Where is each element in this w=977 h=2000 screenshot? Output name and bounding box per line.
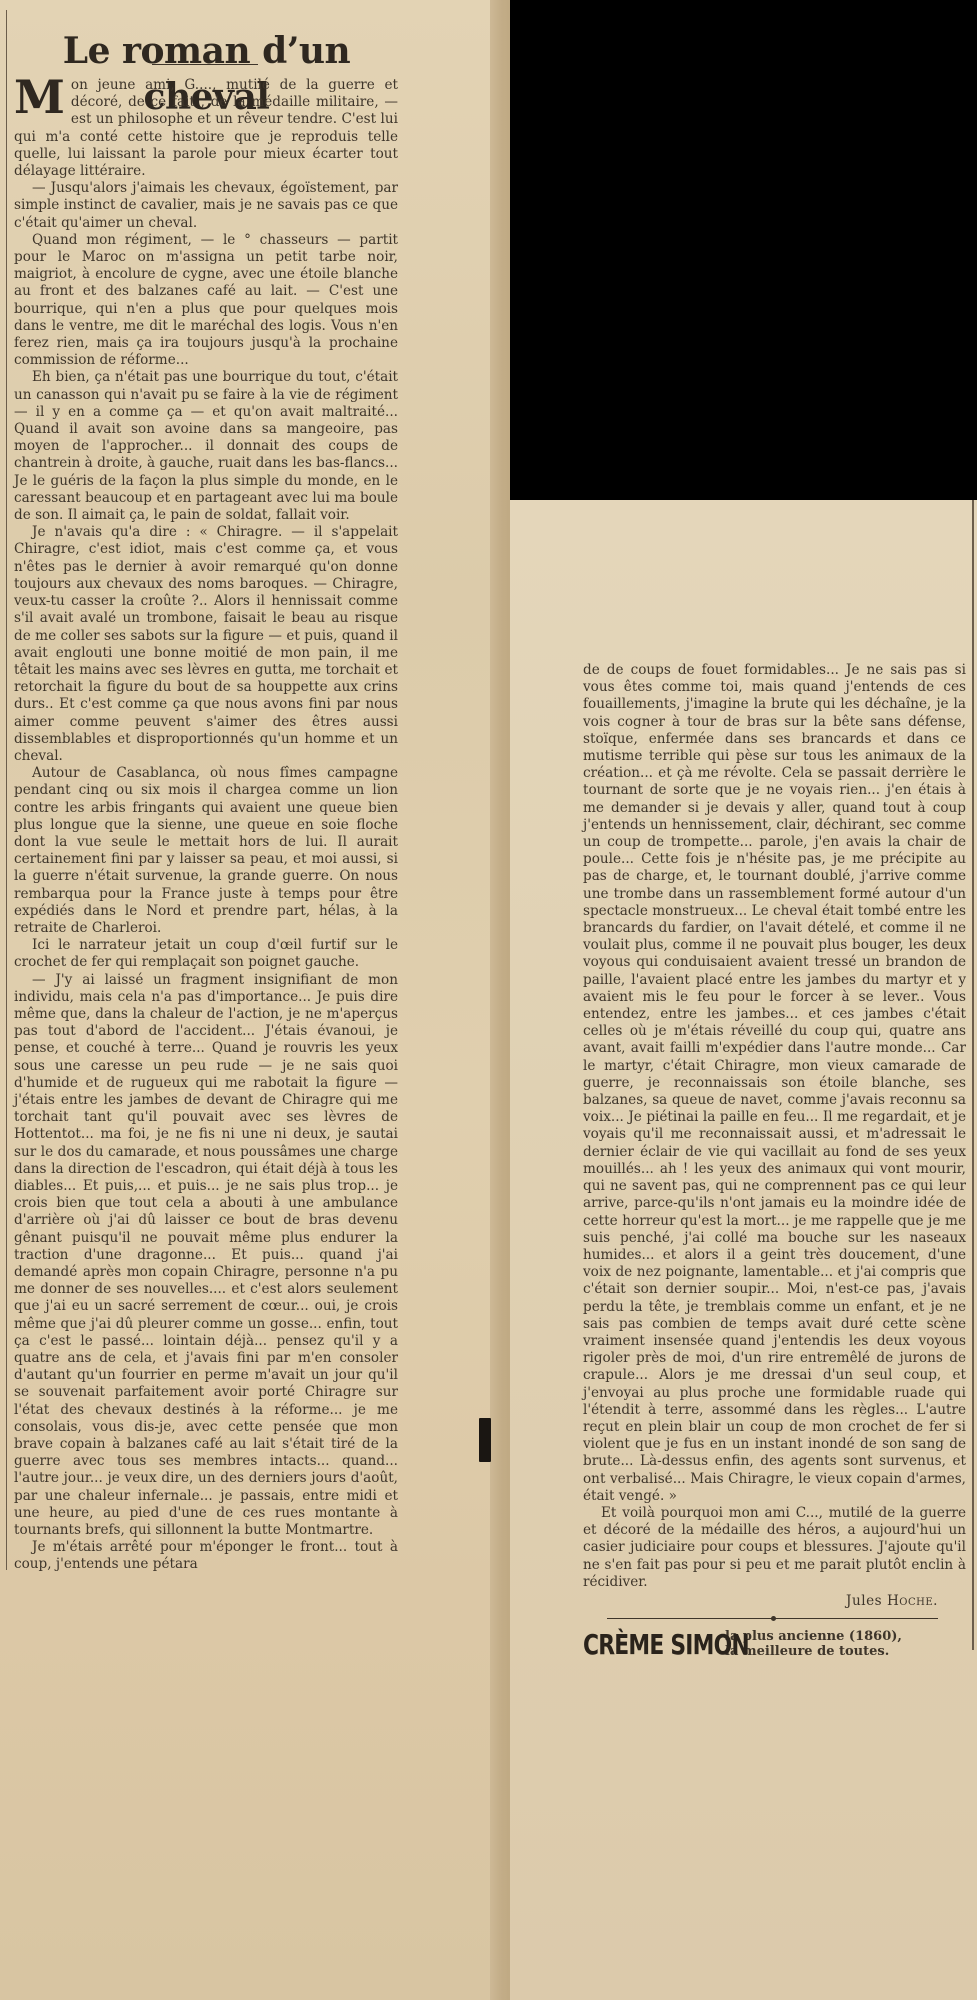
column-rule-left <box>6 10 7 1570</box>
article-column-right: de de coups de fouet formidables... Je n… <box>583 662 966 1659</box>
paragraph: Je n'avais qu'a dire : « Chiragre. — il … <box>14 524 398 765</box>
paragraph: — J'y ai laissé un fragment insignifiant… <box>14 972 398 1540</box>
paragraph-text: on jeune ami, G...., mutilé de la guerre… <box>14 77 398 179</box>
ink-mark <box>479 1418 491 1462</box>
drop-cap: M <box>14 79 65 115</box>
paragraph: Je m'étais arrêté pour m'éponger le fron… <box>14 1539 398 1573</box>
author-last-name: Hoche. <box>887 1593 938 1609</box>
ad-tagline: la plus ancienne (1860), la meilleure de… <box>725 1629 902 1659</box>
paragraph: Ici le narrateur jetait un coup d'œil fu… <box>14 937 398 971</box>
ornamental-divider <box>607 1618 938 1619</box>
paragraph: Quand mon régiment, — le ° chasseurs — p… <box>14 232 398 370</box>
paragraph: — Jusqu'alors j'aimais les chevaux, égoï… <box>14 180 398 232</box>
author-first-name: Jules <box>846 1593 882 1609</box>
page-edge-strip <box>490 0 512 2000</box>
article-column-left: Mon jeune ami, G...., mutilé de la guerr… <box>14 77 398 1574</box>
author-signature: Jules Hoche. <box>583 1593 966 1610</box>
masked-region <box>510 0 977 500</box>
paragraph: Eh bien, ça n'était pas une bourrique du… <box>14 369 398 524</box>
paragraph: Et voilà pourquoi mon ami C..., mutilé d… <box>583 1505 966 1591</box>
ad-tagline-line-1: la plus ancienne (1860), <box>725 1629 902 1644</box>
advertisement: CRÈME SIMON la plus ancienne (1860), la … <box>583 1629 966 1659</box>
title-divider <box>152 64 258 65</box>
paragraph: Autour de Casablanca, où nous fîmes camp… <box>14 765 398 937</box>
paragraph: Mon jeune ami, G...., mutilé de la guerr… <box>14 77 398 180</box>
ad-brand: CRÈME SIMON <box>583 1636 716 1653</box>
paragraph: de de coups de fouet formidables... Je n… <box>583 662 966 1505</box>
column-rule-right <box>972 500 974 1650</box>
ad-tagline-line-2: la meilleure de toutes. <box>725 1644 889 1659</box>
